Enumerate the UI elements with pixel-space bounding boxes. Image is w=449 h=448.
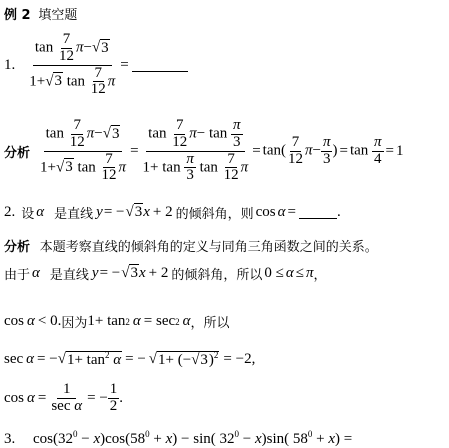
problem-number: 1. [4, 57, 15, 74]
seven-twelfths: 712 [89, 66, 108, 99]
problem-number: 3. [4, 431, 15, 447]
one-half: 12 [108, 382, 120, 415]
cos-text: cos [256, 204, 276, 221]
le-sign: ≤ [296, 265, 304, 282]
equals-sign: = [120, 57, 128, 74]
range-lower: 0 ≤ [264, 265, 283, 282]
cos-text: cos [4, 313, 24, 330]
text: 因为 [61, 312, 87, 331]
plus-two: + 2 [149, 265, 169, 282]
equals-sign: = [38, 390, 46, 407]
equals-sign: = [339, 143, 347, 160]
problem-3-expression: cos(320 − x)cos(580 + x) − sin( 320 − x)… [33, 431, 352, 447]
tan-text: tan [35, 40, 53, 56]
solution-line-3: sec α = −√1+ tan2 α = −√1+ (−√3)2 = −2, [4, 350, 255, 369]
result: = −2, [223, 351, 255, 368]
analysis-label: 分析 [4, 240, 30, 255]
var-x: x [143, 204, 150, 221]
answer-blank[interactable] [299, 206, 337, 219]
analysis-label: 分析 [4, 142, 30, 161]
solution-line-1: 由于 α 是直线 y = −√3x + 2 的倾斜角，所以 0 ≤ α ≤ π … [4, 264, 327, 283]
problem-1-fraction: tan 712π−√3 1+√3 tan 712π [27, 32, 117, 98]
text: 是直线 [50, 264, 89, 283]
var-y: y [96, 204, 103, 221]
seven-twelfths: 712 [57, 32, 76, 65]
equals-sign: = [130, 143, 138, 160]
alpha-symbol: α [27, 313, 35, 330]
solution-line-2: cos α < 0. 因为 1+ tan2 α = sec2 α ，所以 [4, 312, 230, 331]
sqrt-symbol: √ [92, 40, 100, 56]
result-value: 1 [396, 143, 404, 160]
sec-text: sec [4, 351, 23, 368]
alpha-symbol: α [183, 313, 191, 330]
text: 设 [21, 203, 34, 222]
comma: ， [314, 264, 327, 283]
equals-sign: = [288, 204, 296, 221]
sqrt-arg: 3 [53, 72, 63, 89]
equals-sign: = [252, 143, 260, 160]
alpha-symbol: α [36, 204, 44, 221]
pi-symbol: π [108, 73, 116, 89]
example-label: 例 2 [4, 8, 31, 23]
text: 的倾斜角，则 [176, 203, 254, 222]
analysis-text: 本题考察直线的倾斜角的定义与同角三角函数之间的关系。 [40, 240, 378, 255]
alpha-symbol: α [286, 265, 294, 282]
one-plus: 1+ [29, 73, 45, 89]
equals-minus: = − [100, 265, 121, 282]
equals-sign: = [386, 143, 394, 160]
sqrt-arg: 3 [100, 39, 110, 56]
section-title: 填空题 [38, 8, 77, 23]
problem-3: 3. cos(320 − x)cos(580 + x) − sin( 320 −… [4, 429, 352, 448]
minus-sign: − [83, 40, 91, 56]
equals-minus: = − [125, 351, 146, 368]
equals-minus: = − [87, 390, 108, 407]
alpha-symbol: α [32, 265, 40, 282]
analysis-1: 分析 tan 712π−√3 1+√3 tan 712π = tan 712π−… [4, 118, 404, 184]
period: . [119, 390, 123, 407]
step3: tan(712π−π3) [263, 135, 338, 168]
superscript: 2 [125, 317, 130, 327]
text: 的倾斜角，所以 [171, 264, 262, 283]
var-y: y [92, 265, 99, 282]
pi-symbol: π [306, 265, 314, 282]
tan-text: tan [67, 73, 85, 89]
alpha-symbol: α [27, 390, 35, 407]
analysis-2: 分析 本题考察直线的倾斜角的定义与同角三角函数之间的关系。 [4, 236, 378, 256]
alpha-symbol: α [278, 204, 286, 221]
problem-number: 2. [4, 204, 15, 221]
sqrt-symbol: √ [45, 73, 53, 89]
equals-minus: = − [37, 351, 58, 368]
one-over-sec: 1sec α [49, 382, 84, 415]
text: 由于 [4, 264, 30, 283]
plus-two: + 2 [153, 204, 173, 221]
step2-fraction: tan 712π− tan π3 1+ tan π3 tan 712π [141, 118, 251, 184]
period: . [337, 204, 341, 221]
example-header: 例 2 填空题 [4, 4, 77, 24]
problem-1: 1. tan 712π−√3 1+√3 tan 712π = [4, 32, 188, 98]
alpha-symbol: α [26, 351, 34, 368]
text: ，所以 [191, 312, 230, 331]
superscript: 2 [175, 317, 180, 327]
solution-line-4: cos α = 1sec α = − 12 . [4, 382, 123, 415]
step1-fraction: tan 712π−√3 1+√3 tan 712π [38, 118, 128, 184]
step4: tan π4 [350, 135, 384, 168]
identity-left: 1+ tan [87, 313, 125, 330]
cos-text: cos [4, 390, 24, 407]
equals-minus: = − [104, 204, 125, 221]
problem-2: 2. 设 α 是直线 y = −√3x + 2 的倾斜角，则 cos α = . [4, 203, 341, 222]
equals-sec: = sec [144, 313, 175, 330]
alpha-symbol: α [133, 313, 141, 330]
less-than-zero: < 0. [38, 313, 61, 330]
var-x: x [139, 265, 146, 282]
text: 是直线 [54, 203, 93, 222]
answer-blank[interactable] [132, 59, 188, 72]
